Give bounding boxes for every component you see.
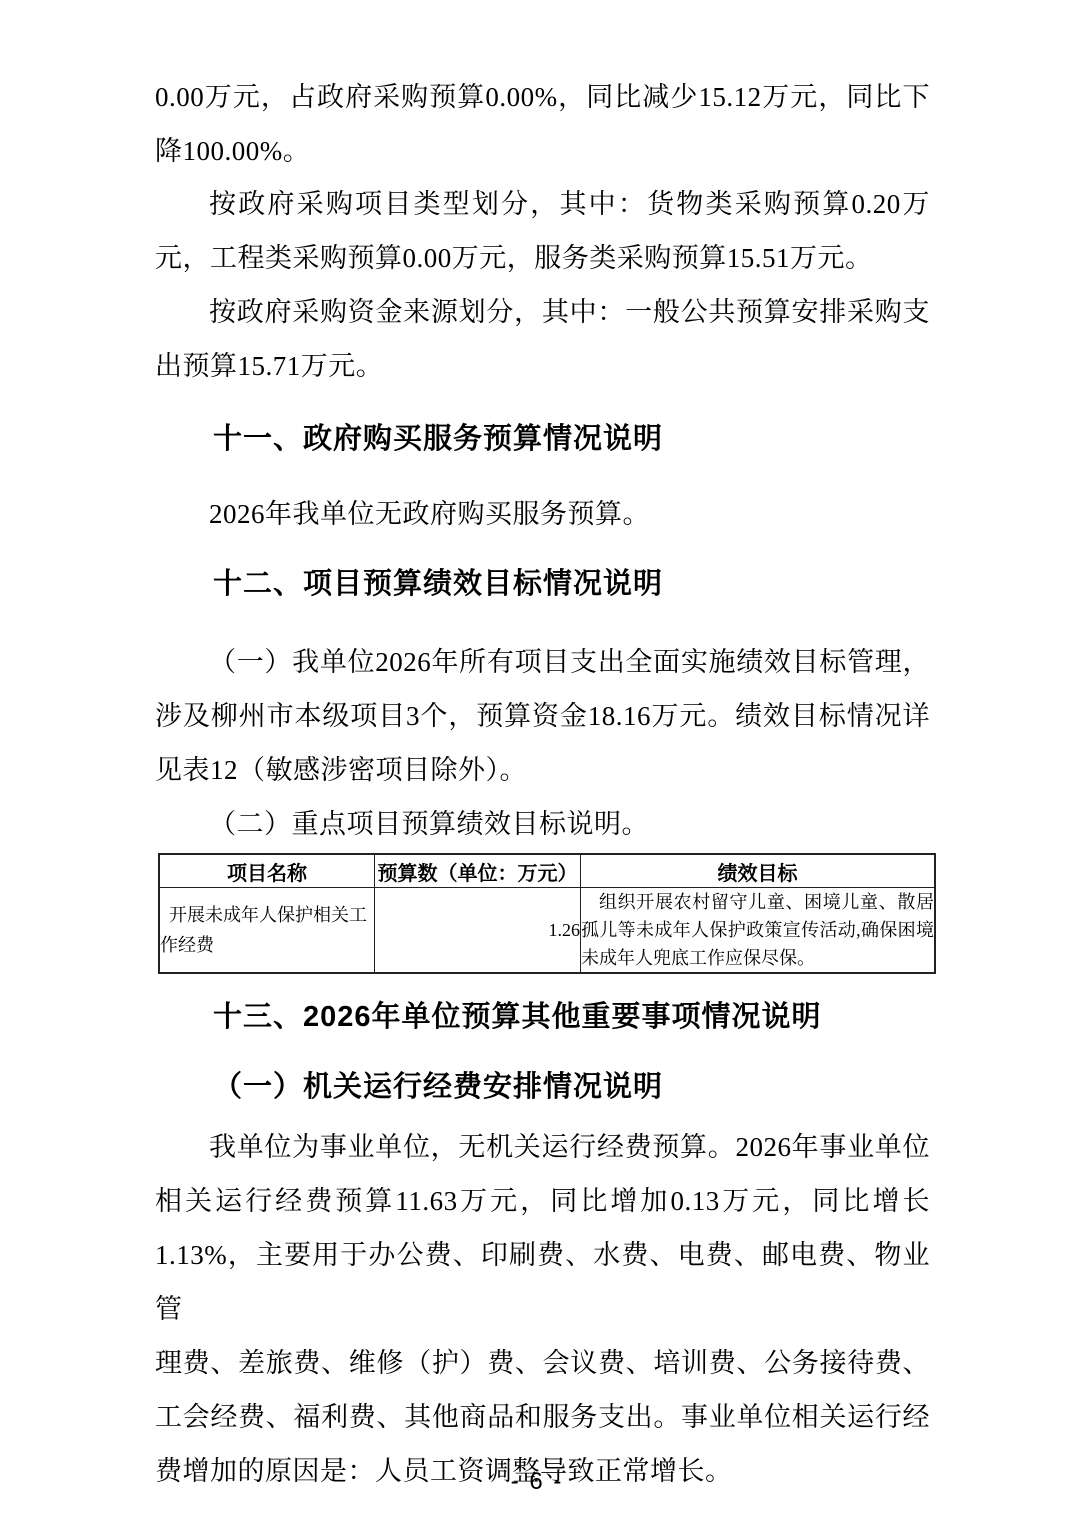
paragraph-line: 降100.00%。 (155, 124, 930, 178)
paragraph-line: 0.00万元，占政府采购预算0.00%，同比减少15.12万元，同比下 (155, 70, 930, 124)
paragraph-line: 我单位为事业单位，无机关运行经费预算。2026年事业单位 (155, 1120, 930, 1174)
table-header-row: 项目名称 预算数（单位：万元） 绩效目标 (159, 854, 935, 888)
table-row: 开展未成年人保护相关工作经费 1.26 组织开展农村留守儿童、困境儿童、散居孤儿… (159, 888, 935, 974)
table-cell-budget: 1.26 (375, 888, 581, 974)
page-number: - 6 - (0, 1468, 1074, 1496)
subsection-heading-13-1: （一）机关运行经费安排情况说明 (155, 1060, 930, 1114)
paragraph-line: 相关运行经费预算11.63万元，同比增加0.13万元，同比增长 (155, 1174, 930, 1228)
paragraph-13-1: 我单位为事业单位，无机关运行经费预算。2026年事业单位 相关运行经费预算11.… (155, 1120, 930, 1498)
paragraph-11: 2026年我单位无政府购买服务预算。 (155, 487, 930, 541)
paragraph-line: （一）我单位2026年所有项目支出全面实施绩效目标管理， (155, 635, 930, 689)
paragraph-line: 出预算15.71万元。 (155, 339, 930, 393)
section-heading-11: 十一、政府购买服务预算情况说明 (155, 412, 930, 466)
paragraph-12-2: （二）重点项目预算绩效目标说明。 (155, 797, 930, 851)
paragraph-line: 2026年我单位无政府购买服务预算。 (155, 487, 930, 541)
table-header-budget: 预算数（单位：万元） (375, 854, 581, 888)
paragraph-line: 1.13%，主要用于办公费、印刷费、水费、电费、邮电费、物业管 (155, 1228, 930, 1336)
section-heading-12: 十二、项目预算绩效目标情况说明 (155, 557, 930, 611)
table-header-project-name: 项目名称 (159, 854, 375, 888)
table-cell-performance-target: 组织开展农村留守儿童、困境儿童、散居孤儿等未成年人保护政策宣传活动,确保困境未成… (581, 888, 936, 974)
paragraph-line: （二）重点项目预算绩效目标说明。 (155, 797, 930, 851)
paragraph-gov-procurement-tail: 0.00万元，占政府采购预算0.00%，同比减少15.12万元，同比下 降100… (155, 70, 930, 178)
paragraph-line: 理费、差旅费、维修（护）费、会议费、培训费、公务接待费、 (155, 1336, 930, 1390)
document-page: 0.00万元，占政府采购预算0.00%，同比减少15.12万元，同比下 降100… (0, 0, 1074, 1520)
paragraph-line: 工会经费、福利费、其他商品和服务支出。事业单位相关运行经 (155, 1390, 930, 1444)
paragraph-line: 涉及柳州市本级项目3个，预算资金18.16万元。绩效目标情况详 (155, 689, 930, 743)
paragraph-procurement-by-source: 按政府采购资金来源划分，其中：一般公共预算安排采购支 出预算15.71万元。 (155, 285, 930, 393)
paragraph-line: 见表12（敏感涉密项目除外）。 (155, 743, 930, 797)
paragraph-12-1: （一）我单位2026年所有项目支出全面实施绩效目标管理， 涉及柳州市本级项目3个… (155, 635, 930, 797)
paragraph-line: 按政府采购项目类型划分，其中：货物类采购预算0.20万 (155, 177, 930, 231)
paragraph-line: 按政府采购资金来源划分，其中：一般公共预算安排采购支 (155, 285, 930, 339)
table-cell-project-name: 开展未成年人保护相关工作经费 (159, 888, 375, 974)
paragraph-line: 元，工程类采购预算0.00万元，服务类采购预算15.51万元。 (155, 231, 930, 285)
paragraph-procurement-by-type: 按政府采购项目类型划分，其中：货物类采购预算0.20万 元，工程类采购预算0.0… (155, 177, 930, 285)
section-heading-13: 十三、2026年单位预算其他重要事项情况说明 (155, 990, 930, 1044)
performance-target-table: 项目名称 预算数（单位：万元） 绩效目标 开展未成年人保护相关工作经费 1.26… (158, 853, 936, 974)
table-header-performance-target: 绩效目标 (581, 854, 936, 888)
